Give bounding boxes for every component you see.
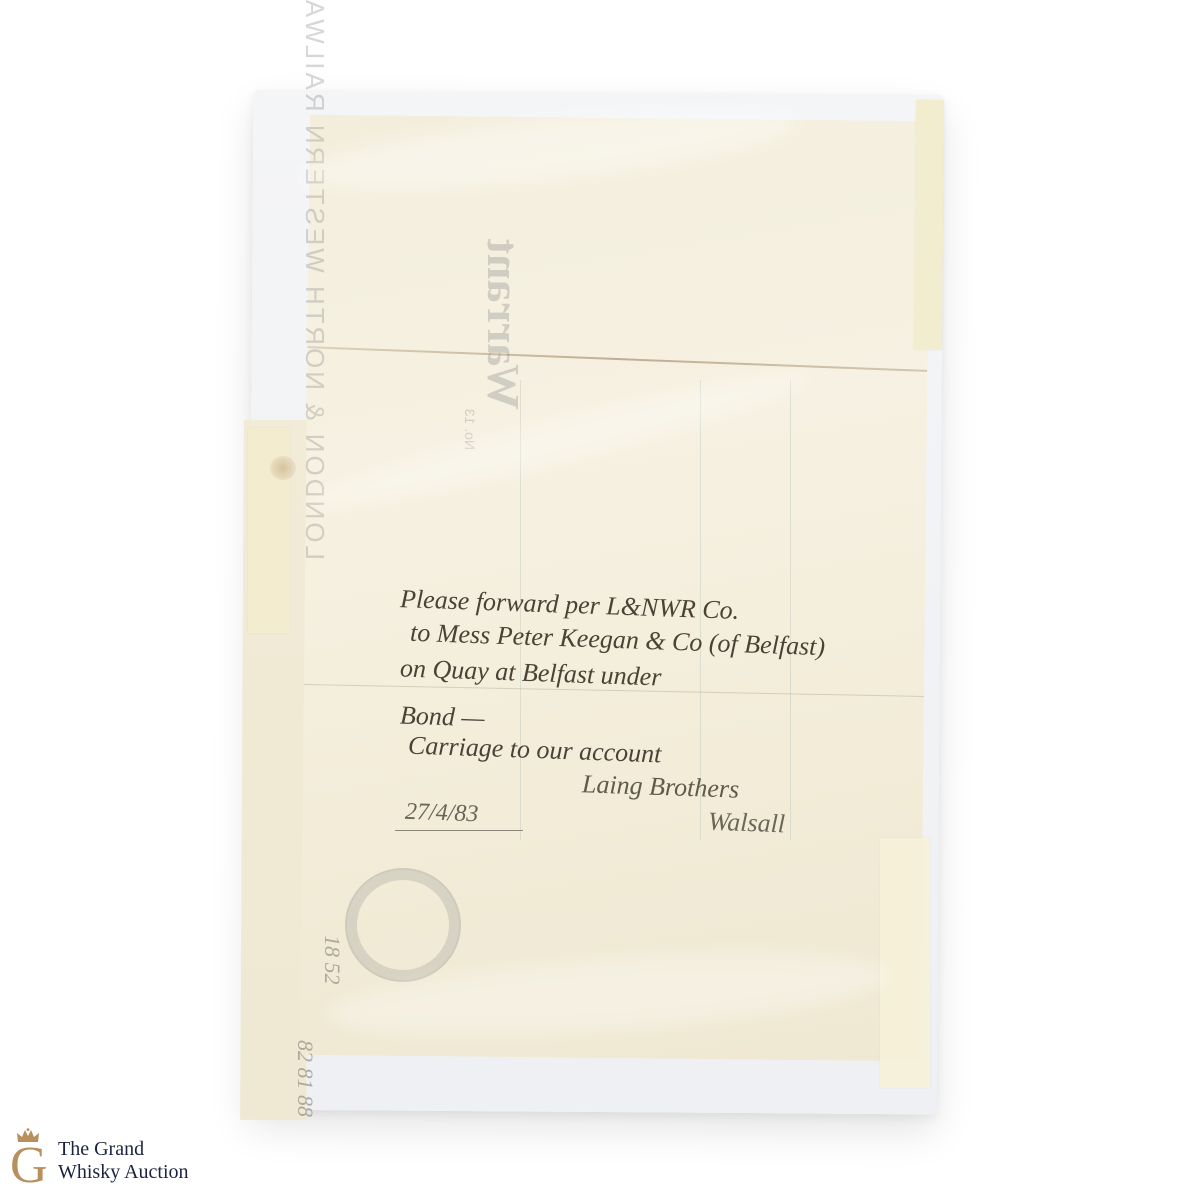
signature: Laing Brothers	[582, 769, 740, 804]
tape-strip	[248, 428, 290, 633]
photo-scene: LONDON & NORTH WESTERN RAILWAY. Warrant …	[0, 0, 1200, 1200]
railway-heading-ghost: LONDON & NORTH WESTERN RAILWAY.	[299, 0, 330, 560]
form-rule	[790, 380, 791, 840]
logo-letter: G	[10, 1140, 48, 1192]
postmark-stamp-icon	[345, 868, 461, 982]
warrant-title-ghost: Warrant	[477, 239, 530, 410]
torn-fold-line	[308, 346, 928, 372]
date-underline	[395, 830, 523, 831]
pencil-note: 18 52	[319, 935, 345, 985]
handwritten-date: 27/4/83	[405, 799, 479, 829]
logo-line-1: The Grand	[58, 1138, 189, 1161]
logo-mark: G	[8, 1128, 48, 1190]
logo-wordmark: The Grand Whisky Auction	[58, 1138, 189, 1184]
stain	[270, 456, 296, 480]
pencil-note: 82 81 88	[292, 1040, 318, 1117]
logo-line-2: Whisky Auction	[58, 1161, 189, 1184]
tape-strip	[914, 100, 944, 350]
tape-strip	[880, 838, 930, 1088]
handwritten-line: Bond —	[400, 701, 485, 734]
brand-logo: G The Grand Whisky Auction	[8, 1128, 189, 1190]
signature-place: Walsall	[708, 807, 786, 840]
